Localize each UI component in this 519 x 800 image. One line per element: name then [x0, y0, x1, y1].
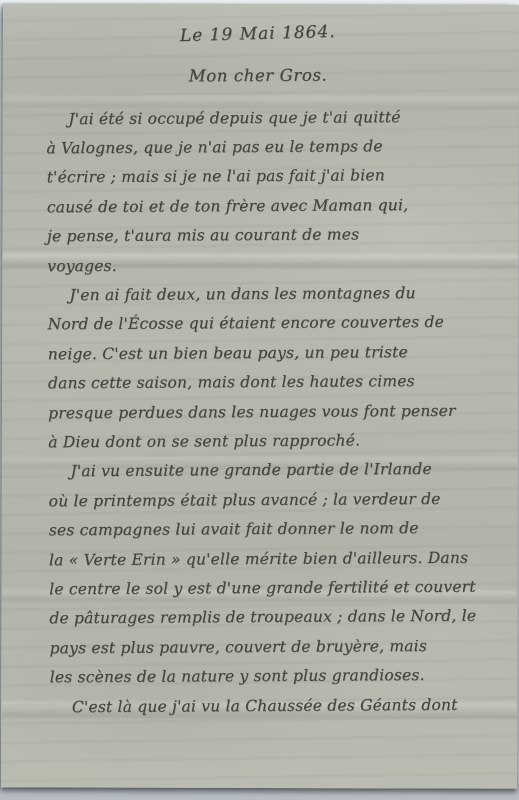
- letter-line: J'en ai fait deux, un dans les montagnes…: [47, 278, 505, 310]
- letter-line: C'est là que j'ai vu la Chaussée des Géa…: [50, 689, 508, 721]
- letter-line: causé de toi et de ton frère avec Maman …: [47, 190, 505, 222]
- letter-line: ses campagnes lui avait fait donner le n…: [49, 513, 507, 545]
- letter-line: pays est plus pauvre, couvert de bruyère…: [49, 631, 507, 663]
- photo-backdrop: Le 19 Mai 1864. Mon cher Gros. J'ai été …: [0, 0, 519, 800]
- letter-date: Le 19 Mai 1864.: [1, 17, 516, 51]
- letter-line: de pâturages remplis de troupeaux ; dans…: [49, 601, 507, 633]
- letter-line: le centre le sol y est d'une grande fert…: [49, 572, 507, 604]
- letter-line: les scènes de la nature y sont plus gran…: [50, 660, 508, 692]
- letter-text: Le 19 Mai 1864. Mon cher Gros. J'ai été …: [1, 3, 519, 788]
- letter-line: voyages.: [47, 248, 505, 280]
- letter-line: neige. C'est un bien beau pays, un peu t…: [48, 337, 506, 369]
- letter-line: où le printemps était plus avancé ; la v…: [49, 484, 507, 516]
- letter-salutation: Mon cher Gros.: [1, 64, 516, 86]
- letter-line: Nord de l'Écosse qui étaient encore couv…: [47, 307, 505, 339]
- letter-line: la « Verte Erin » qu'elle mérite bien d'…: [49, 542, 507, 574]
- letter-line: à Valognes, que je n'ai pas eu le temps …: [46, 131, 504, 163]
- letter-line: à Dieu dont on se sent plus rapproché.: [48, 425, 506, 457]
- letter-line: je pense, t'aura mis au courant de mes: [47, 219, 505, 251]
- letter-line: J'ai vu ensuite une grande partie de l'I…: [48, 454, 506, 486]
- letter-line: presque perdues dans les nuages vous fon…: [48, 395, 506, 427]
- letter-line: dans cette saison, mais dont les hautes …: [48, 366, 506, 398]
- letter-page: Le 19 Mai 1864. Mon cher Gros. J'ai été …: [1, 3, 519, 788]
- letter-line: J'ai été si occupé depuis que je t'ai qu…: [46, 102, 504, 134]
- letter-body: J'ai été si occupé depuis que je t'ai qu…: [1, 101, 519, 721]
- letter-line: t'écrire ; mais si je ne l'ai pas fait j…: [47, 160, 505, 192]
